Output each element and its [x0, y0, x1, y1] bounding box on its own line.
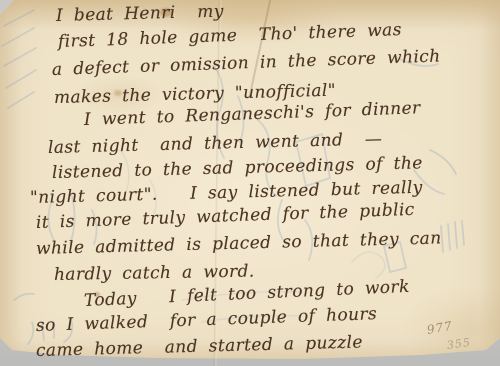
photo-background: I beat Henri my first 18 hole game Tho' …: [0, 0, 500, 366]
letter-line-10: hardly catch a word.: [54, 261, 255, 284]
